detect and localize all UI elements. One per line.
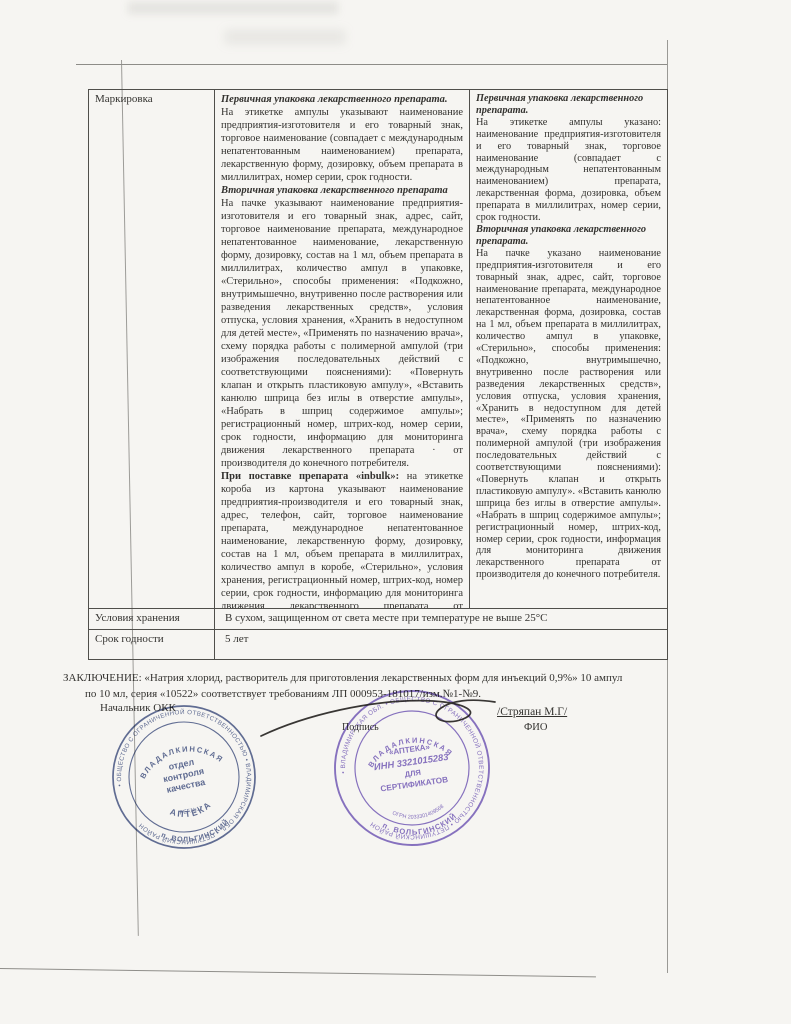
scan-smudge xyxy=(225,30,345,44)
top-rule-line xyxy=(76,64,668,65)
secondary-pack-heading: Вторичная упаковка лекарственного препар… xyxy=(221,184,463,197)
marking-column-1: Первичная упаковка лекарственного препар… xyxy=(214,90,469,608)
cert-stamp-dlya-line: ДЛЯ xyxy=(404,768,421,779)
table-row-shelf-life: Срок годности 5 лет xyxy=(89,629,667,659)
row-label-shelf-life: Срок годности xyxy=(89,630,214,659)
signer-name: /Стряпан М.Г/ xyxy=(497,706,567,718)
page-bottom-edge-line xyxy=(0,968,596,977)
secondary-pack-text: На пачке указывают наименование предприя… xyxy=(221,197,463,470)
cert-stamp-sertifikatov-line: СЕРТИФИКАТОВ xyxy=(380,775,449,793)
conclusion-line-1: ЗАКЛЮЧЕНИЕ: «Натрия хлорид, растворитель… xyxy=(63,672,723,684)
signature-stroke-path xyxy=(261,700,495,736)
table-row-marking: Маркировка Первичная упаковка лекарствен… xyxy=(89,90,667,608)
scan-smudge xyxy=(128,2,338,14)
fio-label: ФИО xyxy=(524,722,547,733)
row-label-marking: Маркировка xyxy=(89,90,214,608)
inbulk-paragraph: При поставке препарата «inbulk»: на этик… xyxy=(221,470,463,608)
secondary-pack-heading-2: Вторичная упаковка лекарственного препар… xyxy=(476,224,661,248)
table-row-storage: Условия хранения В сухом, защищенном от … xyxy=(89,608,667,629)
primary-pack-heading: Первичная упаковка лекарственного препар… xyxy=(221,93,463,106)
secondary-pack-text-2: На пачке указано наименование предприяти… xyxy=(476,248,661,581)
svg-text:ОГРН 2033301409568: ОГРН 2033301409568 xyxy=(391,803,447,824)
handwritten-signature xyxy=(255,688,505,758)
inbulk-text: на этикетке короба из картона указывают … xyxy=(221,471,463,608)
specification-table: Маркировка Первичная упаковка лекарствен… xyxy=(88,89,668,660)
marking-column-2: Первичная упаковка лекарственного препар… xyxy=(469,90,667,608)
primary-pack-heading-2: Первичная упаковка лекарственного препар… xyxy=(476,93,661,117)
cert-stamp-ogrn-arc: ОГРН 2033301409568 xyxy=(391,803,447,824)
primary-pack-text: На этикетке ампулы указывают наименовани… xyxy=(221,106,463,184)
row-label-storage: Условия хранения xyxy=(89,609,214,629)
qc-round-stamp: • ОБЩЕСТВО С ОГРАНИЧЕННОЙ ОТВЕТСТВЕННОСТ… xyxy=(104,697,264,857)
shelf-life-value: 5 лет xyxy=(214,630,667,659)
inbulk-heading: При поставке препарата «inbulk»: xyxy=(221,471,399,482)
scanned-document-page: Маркировка Первичная упаковка лекарствен… xyxy=(0,0,791,1024)
primary-pack-text-2: На этикетке ампулы указано: наименование… xyxy=(476,117,661,224)
storage-value: В сухом, защищенном от света месте при т… xyxy=(214,609,667,629)
